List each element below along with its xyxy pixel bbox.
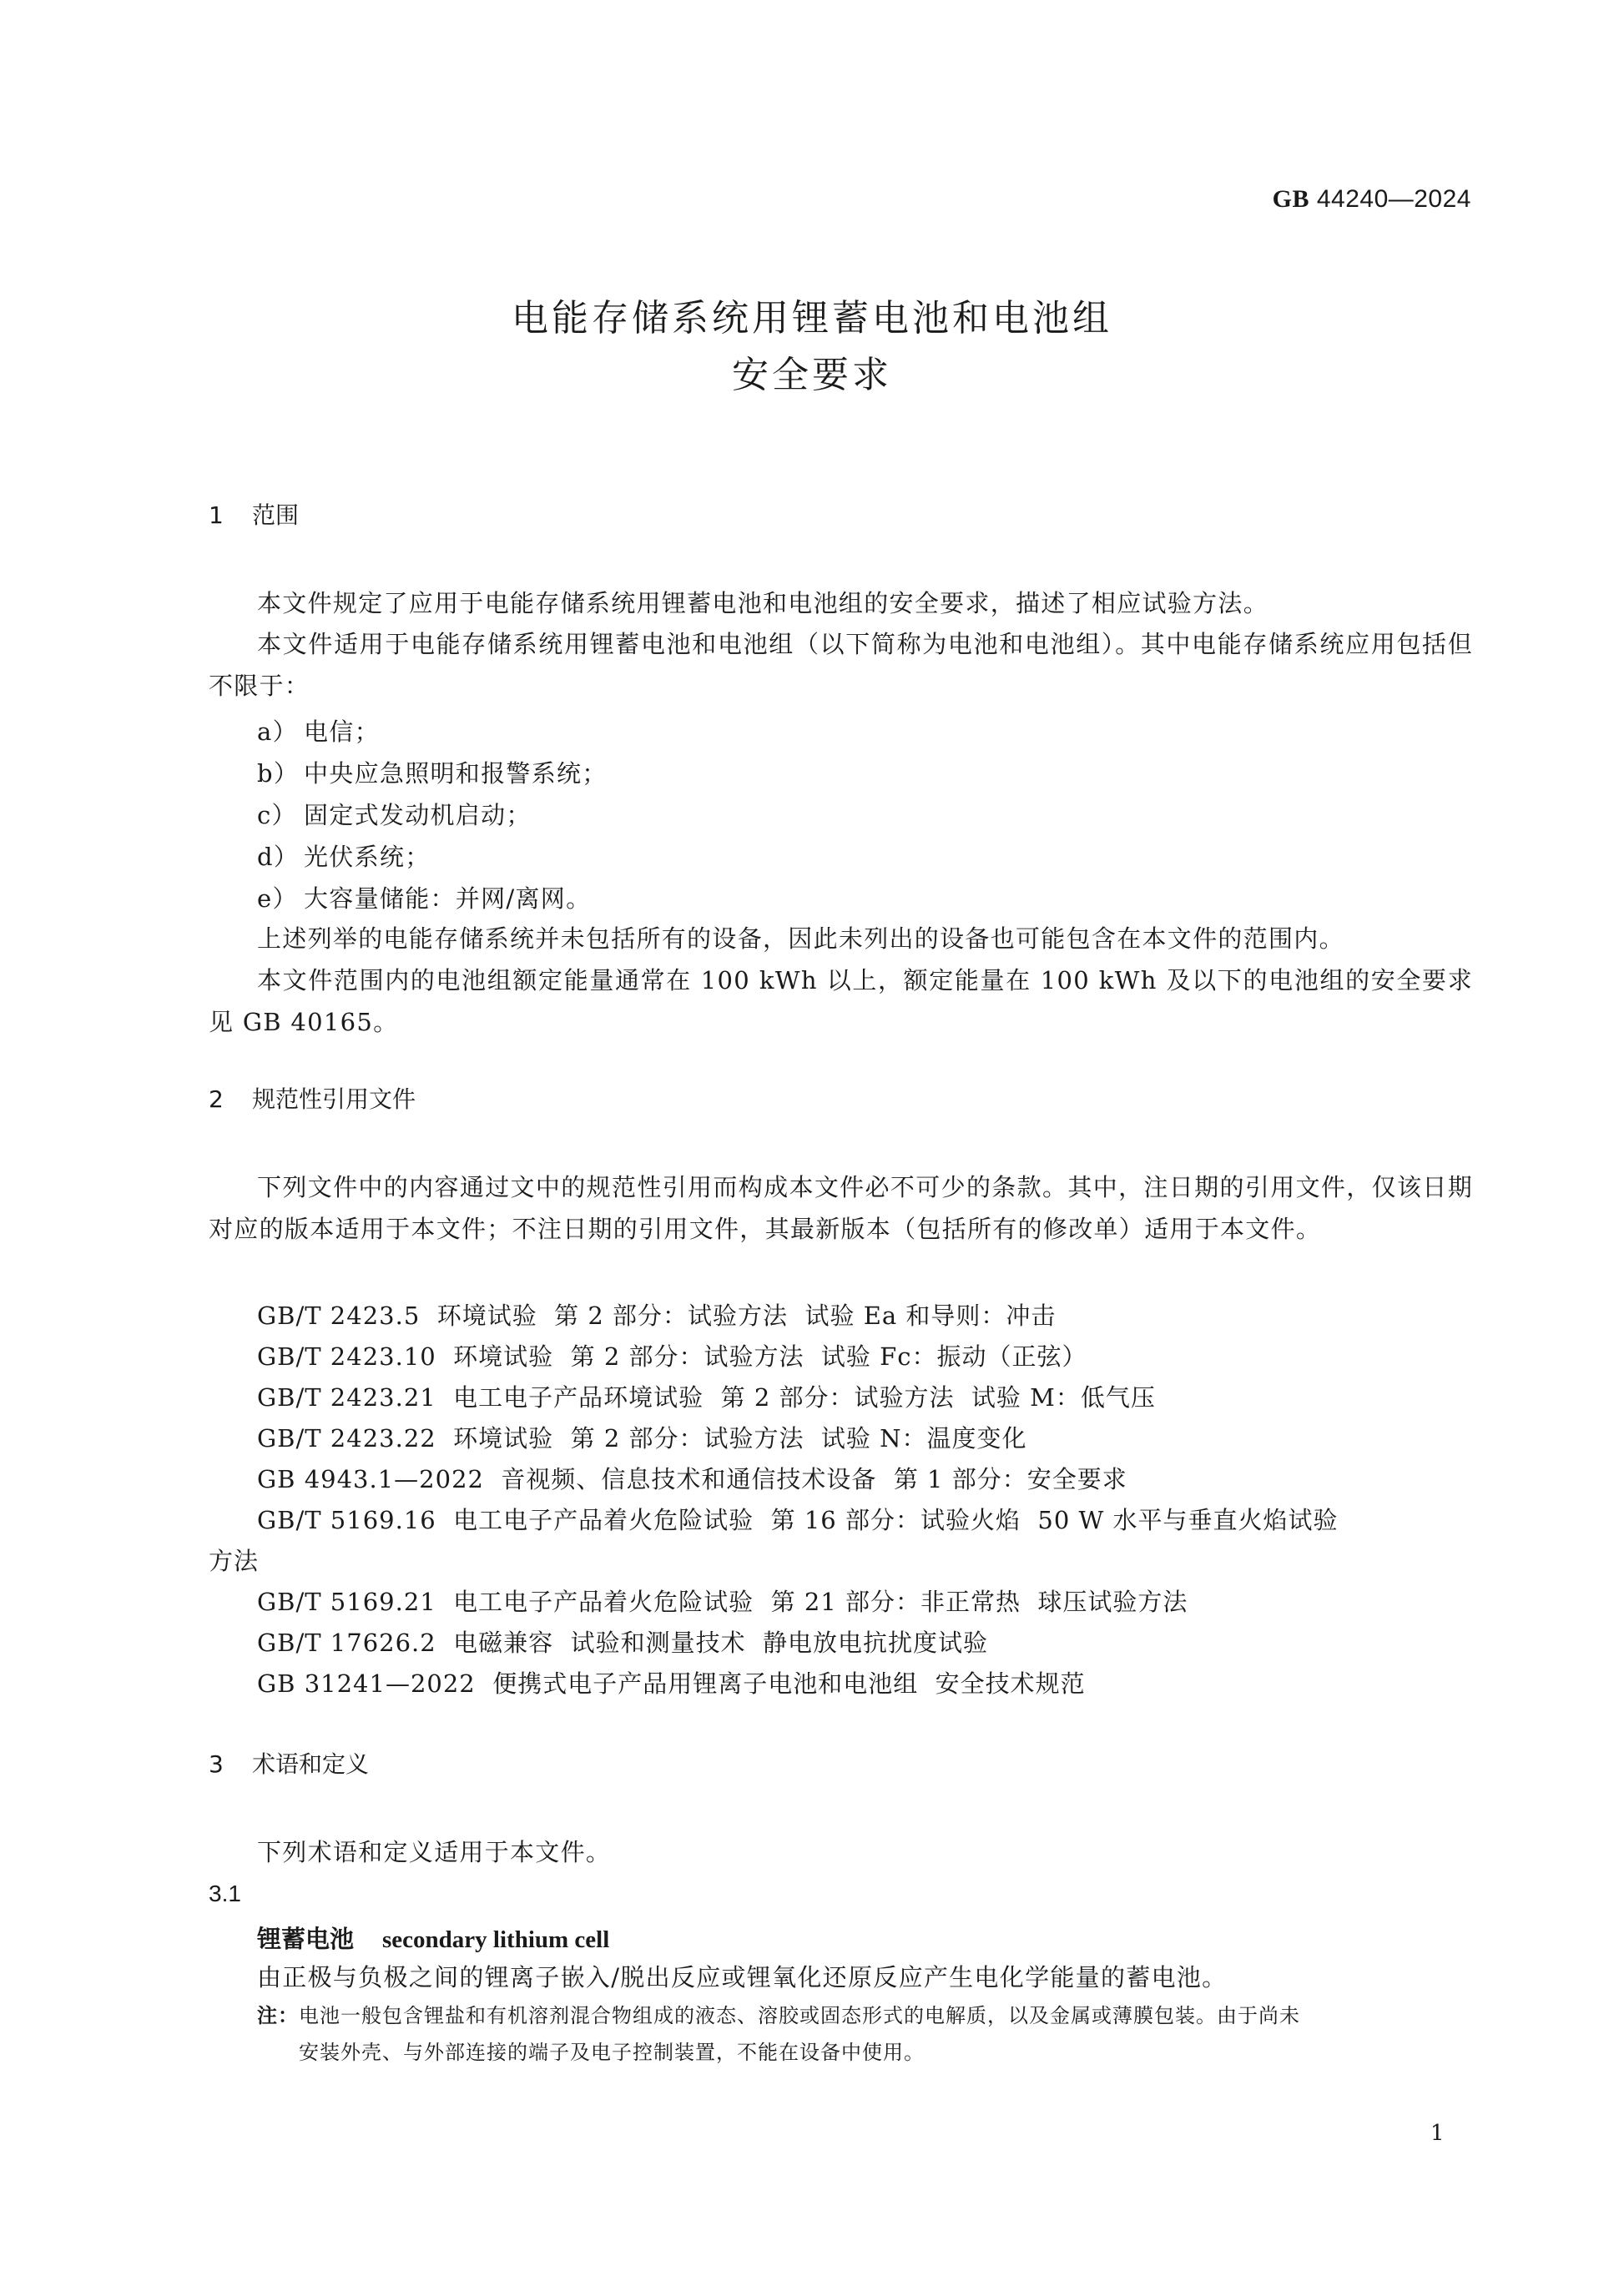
list-text: 大容量储能：并网/离网。 (304, 884, 591, 913)
list-marker: b） (257, 755, 304, 789)
standard-code: GB 44240—2024 (1273, 185, 1471, 214)
section-title: 范围 (252, 501, 299, 529)
term-heading: 锂蓄电池secondary lithium cell (257, 1921, 609, 1955)
note-line: 注：电池一般包含锂盐和有机溶剂混合物组成的液态、溶胶或固态形式的电解质，以及金属… (257, 1997, 1475, 2034)
paragraph: 本文件适用于电能存储系统用锂蓄电池和电池组（以下简称为电池和电池组）。其中电能存… (209, 623, 1473, 707)
normative-reference: GB/T 5169.21 电工电子产品着火危险试验 第 21 部分：非正常热 球… (257, 1584, 1188, 1618)
term-number: 3.1 (209, 1881, 241, 1907)
section-title: 规范性引用文件 (252, 1085, 416, 1113)
standard-number: 44240—2024 (1317, 185, 1471, 213)
page-number: 1 (1430, 2121, 1445, 2146)
paragraph: 下列术语和定义适用于本文件。 (209, 1831, 1473, 1873)
standard-prefix: GB (1273, 185, 1309, 213)
term-chinese: 锂蓄电池 (257, 1925, 354, 1953)
list-item: a）电信； (257, 713, 380, 748)
list-item: b）中央应急照明和报警系统； (257, 755, 608, 789)
section-1-heading: 1范围 (209, 497, 299, 531)
normative-reference: GB/T 2423.22 环境试验 第 2 部分：试验方法 试验 N：温度变化 (257, 1420, 1027, 1454)
list-item: c）固定式发动机启动； (257, 797, 532, 831)
term-definition: 由正极与负极之间的锂离子嵌入/脱出反应或锂氧化还原反应产生电化学能量的蓄电池。 (257, 1956, 1475, 1998)
list-marker: d） (257, 838, 304, 873)
normative-reference: GB 4943.1—2022 音视频、信息技术和通信技术设备 第 1 部分：安全… (257, 1461, 1127, 1495)
list-marker: e） (257, 880, 304, 914)
term-note: 注：电池一般包含锂盐和有机溶剂混合物组成的液态、溶胶或固态形式的电解质，以及金属… (257, 1997, 1475, 2071)
section-number: 1 (209, 501, 252, 529)
note-label: 注： (257, 2004, 299, 2027)
normative-reference: GB/T 2423.21 电工电子产品环境试验 第 2 部分：试验方法 试验 M… (257, 1379, 1156, 1413)
list-text: 光伏系统； (304, 843, 431, 871)
list-text: 电信； (304, 717, 380, 746)
document-title-line2: 安全要求 (0, 345, 1624, 398)
paragraph: 下列文件中的内容通过文中的规范性引用而构成本文件必不可少的条款。其中，注日期的引… (209, 1166, 1473, 1250)
document-page: GB 44240—2024 电能存储系统用锂蓄电池和电池组 安全要求 1范围 本… (0, 0, 1624, 2296)
paragraph: 本文件规定了应用于电能存储系统用锂蓄电池和电池组的安全要求，描述了相应试验方法。 (209, 582, 1473, 624)
list-marker: a） (257, 713, 304, 748)
normative-reference-continuation: 方法 (209, 1543, 259, 1577)
normative-reference: GB/T 2423.5 环境试验 第 2 部分：试验方法 试验 Ea 和导则：冲… (257, 1297, 1056, 1332)
section-title: 术语和定义 (252, 1750, 369, 1778)
list-text: 固定式发动机启动； (304, 801, 532, 829)
list-item: d）光伏系统； (257, 838, 431, 873)
normative-reference: GB/T 5169.16 电工电子产品着火危险试验 第 16 部分：试验火焰 5… (257, 1502, 1339, 1536)
paragraph: 本文件范围内的电池组额定能量通常在 100 kWh 以上，额定能量在 100 k… (209, 959, 1473, 1043)
note-line: 安装外壳、与外部连接的端子及电子控制装置，不能在设备中使用。 (257, 2034, 1475, 2071)
normative-reference: GB/T 17626.2 电磁兼容 试验和测量技术 静电放电抗扰度试验 (257, 1624, 988, 1659)
term-english: secondary lithium cell (382, 1926, 609, 1953)
list-text: 中央应急照明和报警系统； (304, 759, 608, 788)
document-title-line1: 电能存储系统用锂蓄电池和电池组 (0, 288, 1624, 341)
section-number: 3 (209, 1750, 252, 1778)
section-3-heading: 3术语和定义 (209, 1746, 369, 1780)
list-marker: c） (257, 797, 304, 831)
normative-reference: GB 31241—2022 便携式电子产品用锂离子电池和电池组 安全技术规范 (257, 1665, 1086, 1699)
normative-reference: GB/T 2423.10 环境试验 第 2 部分：试验方法 试验 Fc：振动（正… (257, 1338, 1087, 1372)
section-2-heading: 2规范性引用文件 (209, 1081, 416, 1115)
note-text: 电池一般包含锂盐和有机溶剂混合物组成的液态、溶胶或固态形式的电解质，以及金属或薄… (299, 2004, 1300, 2027)
section-number: 2 (209, 1085, 252, 1113)
list-item: e）大容量储能：并网/离网。 (257, 880, 591, 914)
paragraph: 上述列举的电能存储系统并未包括所有的设备，因此未列出的设备也可能包含在本文件的范… (209, 918, 1473, 959)
